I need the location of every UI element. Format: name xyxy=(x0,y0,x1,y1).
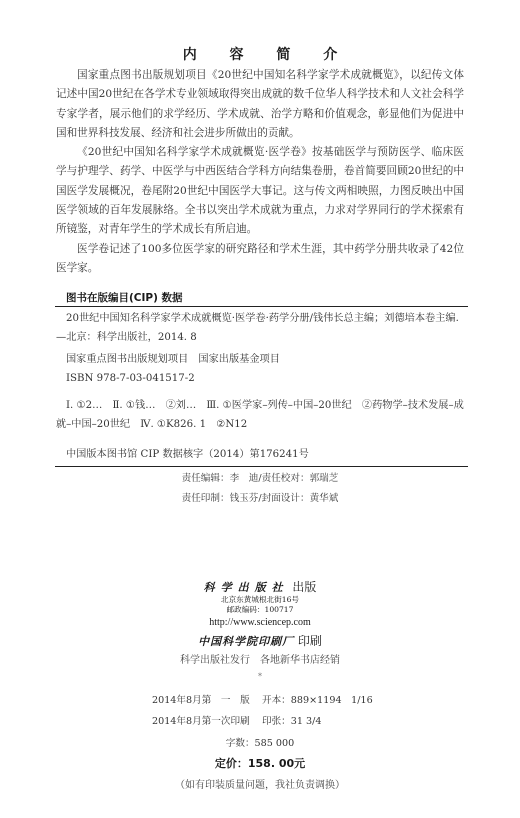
editor-credits: 责任编辑：李 迪/责任校对：郭瑞芝 xyxy=(0,470,520,484)
word-count: 字数：585 000 xyxy=(0,735,520,749)
cip-verify-entry: 中国版本图书馆 CIP 数据核字（2014）第176241号 xyxy=(56,445,464,464)
production-credits: 责任印制：钱玉芬/封面设计：黄华斌 xyxy=(0,490,520,504)
edition-line: 2014年8月第 一 版 开本：889×1194 1/16 xyxy=(152,692,250,706)
printer-logo-text: 中国科学院印刷厂 xyxy=(198,635,294,648)
publisher-block: 科学出版社 出版 北京东黄城根北街16号 邮政编码：100717 http://… xyxy=(0,580,520,651)
publisher-suffix: 出版 xyxy=(292,580,316,594)
content-summary: 国家重点图书出版规划项目《20世纪中国知名科学家学术成就概览》，以纪传文体记述中… xyxy=(56,66,464,278)
summary-paragraph: 医学卷记述了100多位医学家的研究路径和学术生涯，其中药学分册共收录了42位医学… xyxy=(56,240,464,279)
cip-classification-entry: Ⅰ. ①2… Ⅱ. ①钱… ②刘… Ⅲ. ①医学家–列传–中国–20世纪 ②药物… xyxy=(56,396,464,434)
price: 定价：158. 00元 xyxy=(0,755,520,771)
page-title: 内 容 简 介 xyxy=(0,44,520,64)
publisher-url: http://www.sciencep.com xyxy=(0,615,520,630)
format-text: 开本：889×1194 1/16 xyxy=(262,692,373,706)
printer-suffix: 印刷 xyxy=(298,634,322,648)
printing-line: 2014年8月第一次印刷 印张：31 3/4 xyxy=(152,713,250,727)
publisher-postcode: 邮政编码：100717 xyxy=(0,605,520,615)
edition-text: 2014年8月第 一 版 xyxy=(152,695,250,706)
sheets-text: 印张：31 3/4 xyxy=(262,713,321,727)
classification-text: Ⅰ. ①2… Ⅱ. ①钱… ②刘… Ⅲ. ①医学家–列传–中国–20世纪 ②药物… xyxy=(56,396,464,434)
cip-verify-text: 中国版本图书馆 CIP 数据核字（2014）第176241号 xyxy=(56,445,464,464)
summary-paragraph: 《20世纪中国知名科学家学术成就概览·医学卷》按基础医学与预防医学、临床医学与护… xyxy=(56,143,464,239)
cip-isbn-entry: ISBN 978-7-03-041517-2 xyxy=(56,369,464,388)
separator-star: * xyxy=(0,672,520,681)
publisher-address: 北京东黄城根北街16号 xyxy=(0,595,520,605)
distribution-line: 科学出版社发行 各地新华书店经销 xyxy=(0,651,520,666)
cip-series-entry: 国家重点图书出版规划项目 国家出版基金项目 xyxy=(56,350,464,369)
printing-text: 2014年8月第一次印刷 xyxy=(152,716,250,727)
cip-title-text: 20世纪中国知名科学家学术成就概览·医学卷·药学分册/钱伟长总主编；刘德培本卷主… xyxy=(56,309,464,347)
publisher-name: 科学出版社 出版 xyxy=(0,580,520,595)
summary-paragraph: 国家重点图书出版规划项目《20世纪中国知名科学家学术成就概览》，以纪传文体记述中… xyxy=(56,66,464,143)
copyright-page: 内 容 简 介 国家重点图书出版规划项目《20世纪中国知名科学家学术成就概览》，… xyxy=(0,0,520,818)
cip-series-text: 国家重点图书出版规划项目 国家出版基金项目 xyxy=(56,350,464,369)
publisher-logo-text: 科学出版社 xyxy=(204,581,289,594)
cip-bottom-divider xyxy=(55,466,468,467)
isbn-text: ISBN 978-7-03-041517-2 xyxy=(56,369,464,388)
quality-notice: （如有印装质量问题，我社负责调换） xyxy=(0,776,520,791)
cip-header: 图书在版编目(CIP) 数据 xyxy=(66,290,183,305)
cip-top-divider xyxy=(55,306,468,307)
printer-name: 中国科学院印刷厂 印刷 xyxy=(0,632,520,651)
cip-title-entry: 20世纪中国知名科学家学术成就概览·医学卷·药学分册/钱伟长总主编；刘德培本卷主… xyxy=(56,309,464,347)
